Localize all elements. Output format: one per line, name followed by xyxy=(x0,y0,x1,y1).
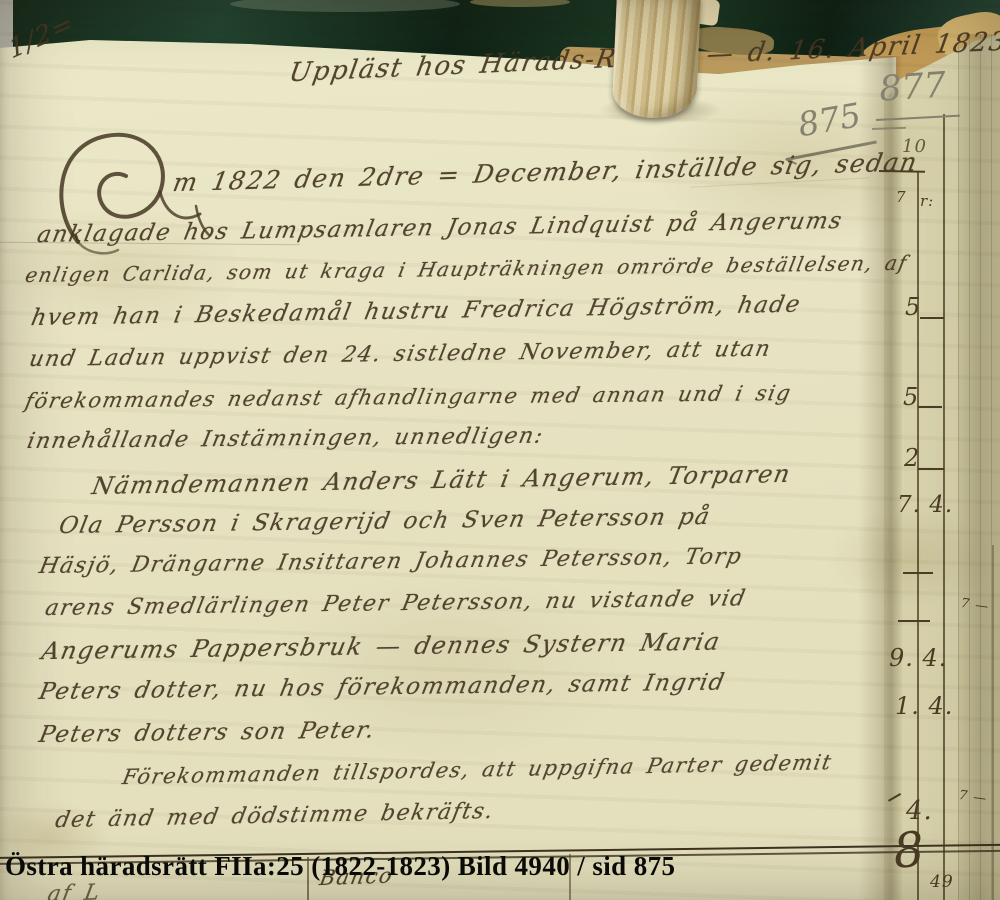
ledger-entry: 9. 4. xyxy=(889,644,947,672)
ledger-entry: 5 xyxy=(903,383,919,411)
ledger-entry: 1. 4. xyxy=(895,692,953,720)
handwriting-line: Peters dotters son Peter. xyxy=(37,717,378,748)
caption-overlay: Östra häradsrätt FIIa:25 (1822-1823) Bil… xyxy=(5,851,675,882)
wooden-clamp xyxy=(612,0,701,120)
ledger-column-line xyxy=(992,545,994,900)
ornate-initial-flourish xyxy=(48,122,223,272)
ledger-entry: 7. 4. xyxy=(897,492,953,518)
ledger-entry: r: xyxy=(920,192,934,210)
ledger-column-line xyxy=(917,172,919,900)
ledger-sum-figure: 49 xyxy=(930,872,954,892)
page-number-877-pencil: 877 xyxy=(878,65,947,110)
ledger-sum-figure: 8 xyxy=(891,821,927,880)
handwriting-fragment: af L xyxy=(46,880,103,900)
ledger-entry: 5 xyxy=(905,293,921,321)
page-fold-shadow xyxy=(858,56,902,900)
ledger-entry: 7 xyxy=(896,188,907,206)
ledger-entry: 10 xyxy=(902,136,927,157)
archive-scan-viewport: 875 877 1/2= Uppläst hos Härads-Rätten —… xyxy=(0,0,1000,900)
